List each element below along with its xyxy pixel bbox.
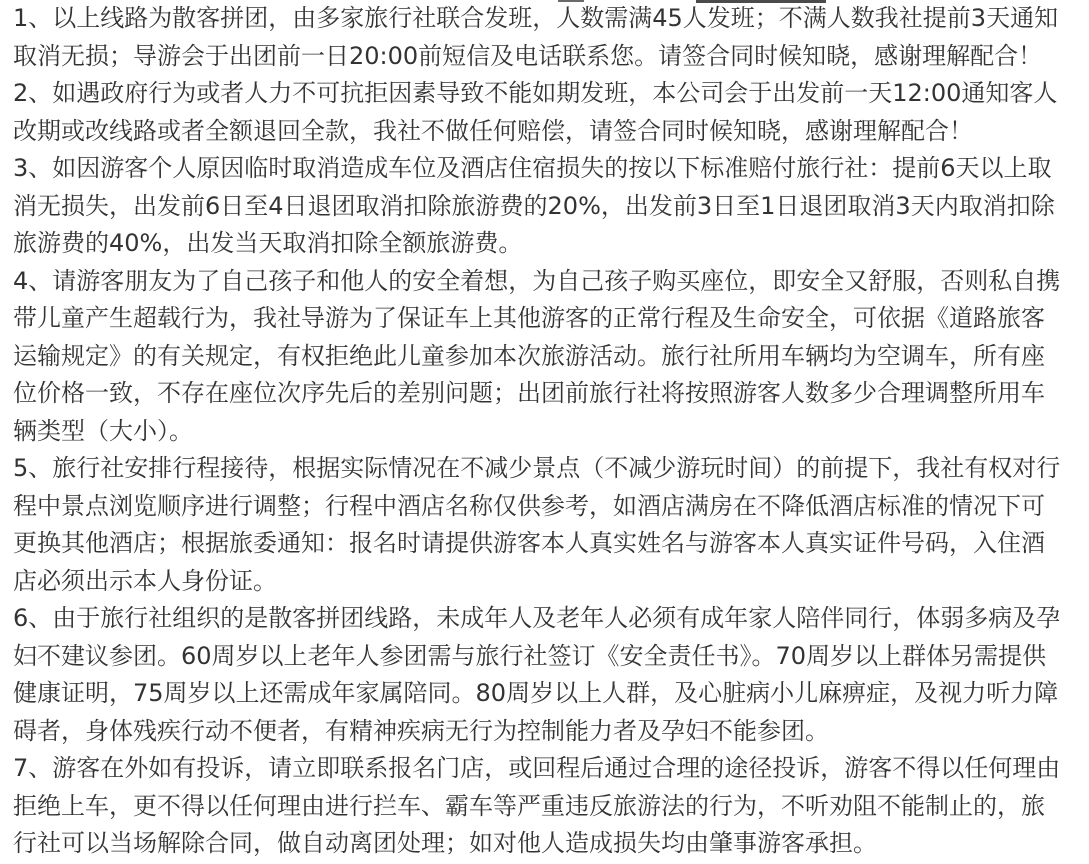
notice-line: 2、如遇政府行为或者人力不可抗拒因素导致不能如期发班，本公司会于出发前一天12:…: [13, 75, 1077, 113]
notice-line: 6、由于旅行社组织的是散客拼团线路，未成年人及老年人必须有成年家人陪伴同行，体弱…: [13, 600, 1077, 638]
notice-line: 7、游客在外如有投诉，请立即联系报名门店，或回程后通过合理的途径投诉，游客不得以…: [13, 750, 1077, 788]
clipped-content-remnant: [696, 0, 826, 3]
notice-line: 运输规定》的有关规定，有权拒绝此儿童参加本次旅游活动。旅行社所用车辆均为空调车，…: [13, 338, 1077, 376]
notice-item-3: 3、如因游客个人原因临时取消造成车位及酒店住宿损失的按以下标准赔付旅行社：提前6…: [13, 150, 1077, 263]
notice-item-4: 4、请游客朋友为了自己孩子和他人的安全着想，为自己孩子购买座位，即安全又舒服，否…: [13, 263, 1077, 451]
notice-line: 3、如因游客个人原因临时取消造成车位及酒店住宿损失的按以下标准赔付旅行社：提前6…: [13, 150, 1077, 188]
notice-item-5: 5、旅行社安排行程接待，根据实际情况在不减少景点（不减少游玩时间）的前提下，我社…: [13, 450, 1077, 600]
clipped-content-remnant: [558, 0, 584, 2]
notice-line: 1、以上线路为散客拼团，由多家旅行社联合发班，人数需满45人发班；不满人数我社提…: [13, 0, 1077, 38]
notice-line: 旅游费的40%，出发当天取消扣除全额旅游费。: [13, 225, 1077, 263]
notice-line: 辆类型（大小）。: [13, 413, 1077, 451]
notice-line: 程中景点浏览顺序进行调整；行程中酒店名称仅供参考，如酒店满房在不降低酒店标准的情…: [13, 488, 1077, 526]
notice-line: 健康证明，75周岁以上还需成年家属陪同。80周岁以上人群，及心脏病小儿麻痹症，及…: [13, 675, 1077, 713]
notice-line: 取消无损；导游会于出团前一日20:00前短信及电话联系您。请签合同时候知晓，感谢…: [13, 38, 1077, 76]
notice-line: 妇不建议参团。60周岁以上老年人参团需与旅行社签订《安全责任书》。70周岁以上群…: [13, 638, 1077, 676]
notice-item-7: 7、游客在外如有投诉，请立即联系报名门店，或回程后通过合理的途径投诉，游客不得以…: [13, 750, 1077, 863]
notice-document: 1、以上线路为散客拼团，由多家旅行社联合发班，人数需满45人发班；不满人数我社提…: [0, 0, 1089, 864]
notice-line: 碍者，身体残疾行动不便者，有精神疾病无行为控制能力者及孕妇不能参团。: [13, 713, 1077, 751]
notice-line: 5、旅行社安排行程接待，根据实际情况在不减少景点（不减少游玩时间）的前提下，我社…: [13, 450, 1077, 488]
notice-line: 更换其他酒店；根据旅委通知：报名时请提供游客本人真实姓名与游客本人真实证件号码，…: [13, 525, 1077, 563]
notice-line: 4、请游客朋友为了自己孩子和他人的安全着想，为自己孩子购买座位，即安全又舒服，否…: [13, 263, 1077, 301]
notice-item-2: 2、如遇政府行为或者人力不可抗拒因素导致不能如期发班，本公司会于出发前一天12:…: [13, 75, 1077, 150]
notice-item-6: 6、由于旅行社组织的是散客拼团线路，未成年人及老年人必须有成年家人陪伴同行，体弱…: [13, 600, 1077, 750]
notice-line: 带儿童产生超载行为，我社导游为了保证车上其他游客的正常行程及生命安全，可依据《道…: [13, 300, 1077, 338]
notice-item-1: 1、以上线路为散客拼团，由多家旅行社联合发班，人数需满45人发班；不满人数我社提…: [13, 0, 1077, 75]
notice-line: 改期或改线路或者全额退回全款，我社不做任何赔偿，请签合同时候知晓，感谢理解配合！: [13, 113, 1077, 151]
notice-line: 行社可以当场解除合同，做自动离团处理；如对他人造成损失均由肇事游客承担。: [13, 825, 1077, 863]
notice-line: 位价格一致，不存在座位次序先后的差别问题；出团前旅行社将按照游客人数多少合理调整…: [13, 375, 1077, 413]
notice-line: 店必须出示本人身份证。: [13, 563, 1077, 601]
notice-line: 消无损失，出发前6日至4日退团取消扣除旅游费的20%，出发前3日至1日退团取消3…: [13, 188, 1077, 226]
notice-line: 拒绝上车，更不得以任何理由进行拦车、霸车等严重违反旅游法的行为，不听劝阻不能制止…: [13, 788, 1077, 826]
